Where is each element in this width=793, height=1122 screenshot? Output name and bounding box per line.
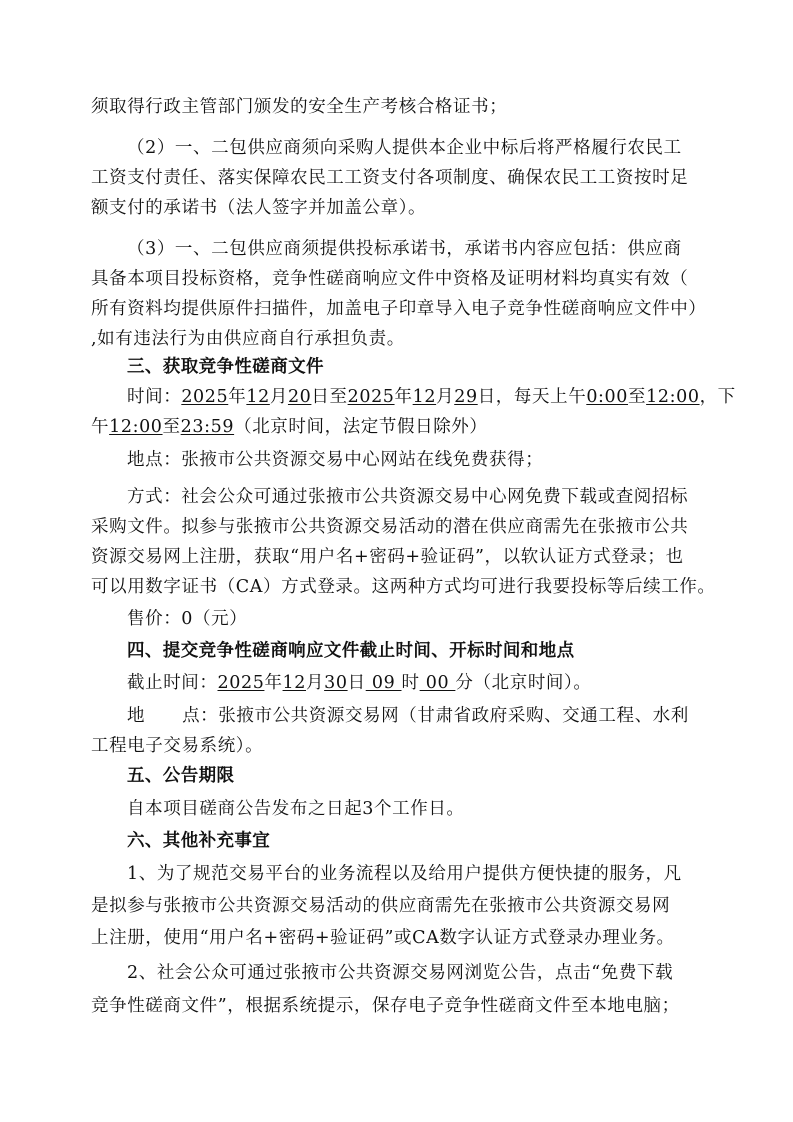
text: 至 (628, 387, 646, 407)
method-line: 资源交易网上注册，获取“用户名+密码+验证码”，以软认证方式登录；也 (91, 546, 711, 568)
start-month: 12 (246, 387, 269, 407)
text: 月 (436, 387, 454, 407)
time-line-cont: 午12:00至23:59（北京时间，法定节假日除外） (91, 416, 711, 438)
text: ，下 (700, 387, 736, 407)
paragraph-line: （2）一、二包供应商须向采购人提供本企业中标后将严格履行农民工 (127, 137, 711, 159)
notice-period-line: 自本项目磋商公告发布之日起3个工作日。 (127, 798, 711, 820)
time-note: （北京时间，法定节假日除外） (234, 417, 487, 437)
end-month: 12 (413, 387, 436, 407)
time-line: 时间：2025年12月20日至2025年12月29日，每天上午0:00至12:0… (127, 386, 711, 408)
start-year: 2025 (181, 387, 228, 407)
supplement-line: 2、社会公众可通过张掖市公共资源交易网浏览公告，点击“免费下载 (127, 962, 711, 984)
text: 日，每天上午 (478, 387, 587, 407)
text: 月 (270, 387, 288, 407)
method-line: 采购文件。拟参与张掖市公共资源交易活动的潜在供应商需先在张掖市公共 (91, 516, 711, 538)
paragraph-line: （3）一、二包供应商须提供投标承诺书，承诺书内容应包括：供应商 (127, 238, 711, 260)
end-day: 29 (454, 387, 477, 407)
deadline-minute: 00 (420, 673, 456, 693)
price-line: 售价：0（元） (127, 608, 711, 630)
deadline-year: 2025 (218, 673, 265, 693)
paragraph-line: 具备本项目投标资格，竞争性磋商响应文件中资格及证明材料均真实有效（ (91, 268, 711, 290)
location-line: 地 点：张掖市公共资源交易网（甘肃省政府采购、交通工程、水利 (127, 705, 711, 727)
am-end: 12:00 (646, 387, 699, 407)
paragraph-line: 额支付的承诺书（法人签字并加盖公章）。 (91, 197, 711, 219)
time-label: 时间： (127, 387, 181, 407)
document-page: 须取得行政主管部门颁发的安全生产考核合格证书； （2）一、二包供应商须向采购人提… (0, 0, 793, 1122)
paragraph-line: 须取得行政主管部门颁发的安全生产考核合格证书； (91, 96, 711, 118)
supplement-line: 是拟参与张掖市公共资源交易活动的供应商需先在张掖市公共资源交易网 (91, 895, 711, 917)
end-year: 2025 (348, 387, 395, 407)
text: 至 (163, 417, 181, 437)
deadline-day: 30 (324, 673, 347, 693)
section-heading-4: 四、提交竞争性磋商响应文件截止时间、开标时间和地点 (127, 640, 711, 662)
section-heading-3: 三、获取竞争性磋商文件 (127, 356, 711, 378)
supplement-line: 竞争性磋商文件”，根据系统提示，保存电子竞争性磋商文件至本地电脑； (91, 995, 711, 1017)
text: 年 (264, 673, 282, 693)
paragraph-line: 所有资料均提供原件扫描件，加盖电子印章导入电子竞争性磋商响应文件中） (91, 298, 711, 320)
supplement-line: 上注册，使用“用户名+密码+验证码”或CA数字认证方式登录办理业务。 (91, 927, 711, 949)
supplement-line: 1、为了规范交易平台的业务流程以及给用户提供方便快捷的服务，凡 (127, 863, 711, 885)
pm-start: 12:00 (109, 417, 162, 437)
deadline-month: 12 (283, 673, 306, 693)
text: 年 (228, 387, 246, 407)
method-line: 方式：社会公众可通过张掖市公共资源交易中心网免费下载或查阅招标 (127, 486, 711, 508)
deadline-label: 截止时间： (127, 673, 218, 693)
place-line: 地点：张掖市公共资源交易中心网站在线免费获得； (127, 449, 711, 471)
section-heading-5: 五、公告期限 (127, 765, 711, 787)
am-start: 0:00 (586, 387, 628, 407)
text: 日 (348, 673, 366, 693)
section-heading-6: 六、其他补充事宜 (127, 830, 711, 852)
start-day: 20 (288, 387, 311, 407)
paragraph-line: ,如有违法行为由供应商自行承担负责。 (91, 328, 711, 350)
paragraph-line: 工资支付责任、落实保障农民工工资支付各项制度、确保农民工工资按时足 (91, 167, 711, 189)
location-line: 工程电子交易系统）。 (91, 735, 711, 757)
text: 月 (306, 673, 324, 693)
text: 午 (91, 417, 109, 437)
deadline-note: （北京时间）。 (474, 673, 592, 693)
pm-end: 23:59 (181, 417, 234, 437)
deadline-hour: 09 (366, 673, 402, 693)
text: 分 (455, 673, 473, 693)
text: 时 (402, 673, 420, 693)
method-line: 可以用数字证书（CA）方式登录。这两种方式均可进行我要投标等后续工作。 (91, 576, 711, 598)
deadline-line: 截止时间：2025年12月30日 09 时 00 分（北京时间）。 (127, 672, 711, 694)
text: 日至 (311, 387, 347, 407)
text: 年 (395, 387, 413, 407)
